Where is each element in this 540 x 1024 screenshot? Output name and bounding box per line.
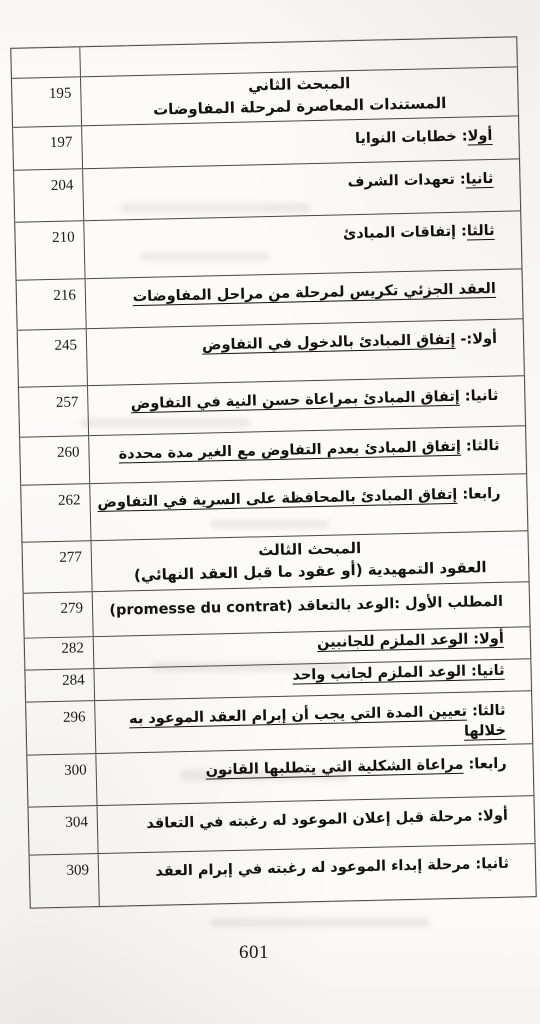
toc-entry-underlined-segment: تعيين المدة التي يجب أن إبرام العقد المو… [129, 704, 506, 740]
page-number-cell: 197 [13, 126, 83, 170]
toc-entry-underlined-segment: إتفاق المبادئ بالدخول في التفاوض [202, 332, 456, 354]
page-number-cell [11, 47, 81, 78]
toc-entry-underlined-segment: أولا: الوعد الملزم للجانبين [317, 631, 504, 651]
toc-entry-segment: ثالثا: [461, 438, 500, 455]
toc-entry-segment: : إتفاقات المبادئ [343, 224, 467, 243]
toc-entry-cell: ثانيا: تعهدات الشرف [83, 159, 520, 220]
page-number-cell: 262 [21, 484, 91, 542]
toc-entry-segment: رابعا: [463, 756, 507, 773]
toc-entry-cell: المبحث الثالثالعقود التمهيدية (أو عقود م… [92, 531, 529, 591]
toc-entry-segment: ثانيا: مرحلة إبداء الموعود له رغبته في إ… [155, 856, 509, 880]
page-number-cell: 210 [15, 221, 85, 280]
toc-entry-cell: ثانيا: مرحلة إبداء الموعود له رغبته في إ… [99, 844, 536, 906]
page-number-cell: 309 [30, 854, 100, 908]
toc-entry-cell: المبحث الثانيالمستندات المعاصرة لمرحلة ا… [81, 67, 518, 125]
toc-entry-cell: رابعا: مراعاة الشكلية التي يتطلبها القان… [96, 744, 533, 805]
toc-entry-segment: أولا:- [455, 331, 497, 348]
toc-entry-cell: ثالثا: إتفاقات المبادئ [84, 211, 521, 278]
scan-bleedthrough [210, 918, 430, 927]
section-heading-line: العقود التمهيدية (أو عقود ما قبل العقد ا… [134, 557, 487, 587]
toc-entry-underlined-segment: ثالثا [467, 223, 495, 240]
toc-entry-cell: أولا:- إتفاق المبادئ بالدخول في التفاوض [87, 319, 524, 385]
page-number-cell: 279 [24, 592, 94, 638]
section-heading-line: المستندات المعاصرة لمرحلة المفاوضات [153, 93, 447, 121]
page-footer-number: 601 [0, 942, 524, 964]
page-number-cell: 204 [14, 169, 84, 222]
page-number-cell: 260 [20, 436, 90, 485]
toc-entry-underlined-segment: أولا [467, 128, 492, 145]
toc-entry-underlined-segment: إتفاق المبادئ بمراعاة حسن النية في التفا… [131, 389, 460, 412]
toc-entry-segment: ثانيا: [460, 388, 499, 405]
toc-entry-segment: أولا: مرحلة قبل إعلان الموعود له رغبته ف… [146, 808, 508, 832]
scanned-toc-page: 195المبحث الثانيالمستندات المعاصرة لمرحل… [0, 0, 540, 1024]
toc-table: 195المبحث الثانيالمستندات المعاصرة لمرحل… [10, 36, 536, 908]
toc-row: 309ثانيا: مرحلة إبداء الموعود له رغبته ف… [30, 844, 536, 907]
toc-entry-cell: ثالثا: تعيين المدة التي يجب أن إبرام الع… [95, 691, 532, 753]
toc-entry-cell: أولا: مرحلة قبل إعلان الموعود له رغبته ف… [98, 796, 535, 853]
section-heading-line: المبحث الثاني [248, 73, 351, 97]
page-number-cell: 304 [29, 806, 99, 855]
page-number-cell: 257 [19, 386, 89, 437]
toc-entry-underlined-segment: إتفاق المبادئ بالمحافظة على السرية في ال… [97, 487, 457, 511]
toc-entry-cell: العقد الجزئي تكريس لمرحلة من مراحل المفا… [86, 269, 523, 328]
toc-entry-segment: : خطابات النوايا [355, 129, 468, 148]
page-number-cell: 300 [27, 754, 97, 807]
toc-entry-underlined-segment: ثانيا: الوعد الملزم لجانب واحد [292, 663, 504, 684]
toc-entry-underlined-segment: العقد الجزئي تكريس لمرحلة من مراحل المفا… [132, 281, 496, 305]
page-number-cell: 282 [25, 637, 95, 670]
toc-entry-cell: ثانيا: إتفاق المبادئ بمراعاة حسن النية ف… [88, 376, 525, 435]
toc-entry-text: ثالثا: تعيين المدة التي يجب أن إبرام الع… [101, 692, 506, 750]
page-number-cell: 216 [17, 279, 87, 330]
toc-entry-underlined-segment: مراعاة الشكلية التي يتطلبها القانون [205, 757, 463, 779]
toc-entry-cell: ثالثا: إتفاق المبادئ بعدم التفاوض مع الغ… [89, 426, 526, 483]
page-number-cell: 195 [12, 77, 82, 127]
page-number-cell: 277 [23, 541, 93, 593]
toc-entry-segment: المطلب الأول :الوعد بالتعاقد (promesse d… [109, 594, 503, 619]
toc-entry-segment: رابعا: [457, 486, 501, 503]
toc-entry-underlined-segment: ثانيا [466, 171, 494, 188]
toc-entry-segment: : تعهدات الشرف [348, 172, 466, 191]
page-number-cell: 245 [18, 329, 88, 387]
page-number-cell: 296 [26, 701, 96, 755]
toc-entry-segment: ثالثا: [467, 703, 506, 720]
toc-entry-underlined-segment: إتفاق المبادئ بعدم التفاوض مع الغير مدة … [118, 439, 461, 463]
section-heading-line: المبحث الثالث [258, 538, 361, 562]
toc-entry-cell: رابعا: إتفاق المبادئ بالمحافظة على السري… [90, 474, 527, 540]
page-number-cell: 284 [25, 669, 95, 702]
